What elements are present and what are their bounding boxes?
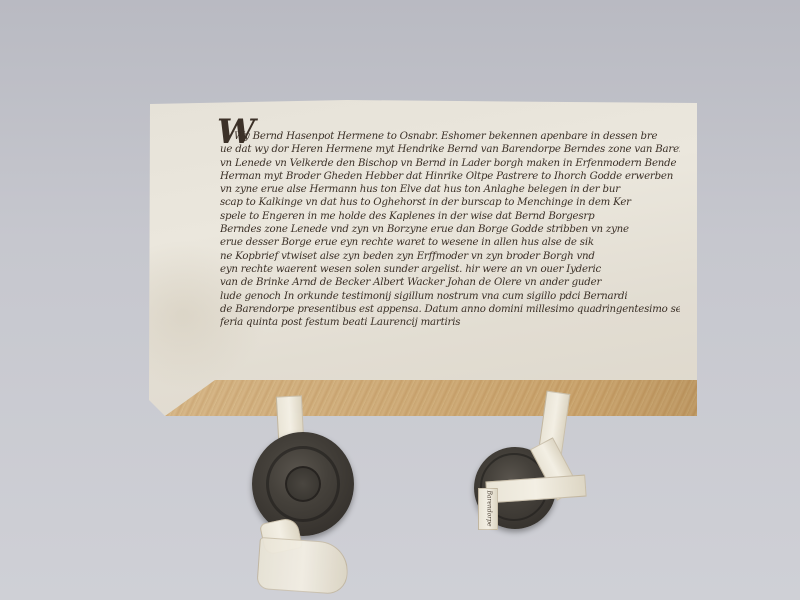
text-line: van de Brinke Arnd de Becker Albert Wack… bbox=[220, 276, 680, 289]
text-line: de Barendorpe presentibus est appensa. D… bbox=[220, 303, 680, 316]
text-line: erue desser Borge erue eyn rechte waret … bbox=[220, 236, 680, 249]
text-line: lude genoch In orkunde testimonij sigill… bbox=[220, 290, 680, 303]
text-line: feria quinta post festum beati Laurencij… bbox=[220, 316, 680, 329]
parchment-fold-plica bbox=[147, 380, 697, 416]
tag-inscription: Barendorpe bbox=[485, 491, 492, 527]
text-line: vn zyne erue alse Hermann hus ton Elve d… bbox=[220, 183, 680, 196]
text-line: ue dat wy dor Heren Hermene myt Hendrike… bbox=[220, 143, 680, 156]
charter-text: Wy Bernd Hasenpot Hermene to Osnabr. Esh… bbox=[220, 130, 680, 329]
left-seal-tag-end bbox=[256, 537, 349, 595]
text-line: ne Kopbrief vtwiset alse zyn beden zyn E… bbox=[220, 250, 680, 263]
text-line: spele to Engeren in me holde des Kaplene… bbox=[220, 210, 680, 223]
text-line: scap to Kalkinge vn dat hus to Oghehorst… bbox=[220, 196, 680, 209]
right-seal-tag-vertical: Barendorpe bbox=[478, 488, 498, 530]
seal-emblem bbox=[285, 466, 321, 502]
parchment-charter: W Wy Bernd Hasenpot Hermene to Osnabr. E… bbox=[147, 100, 697, 416]
text-line: Herman myt Broder Gheden Hebber dat Hinr… bbox=[220, 170, 680, 183]
text-line: Wy Bernd Hasenpot Hermene to Osnabr. Esh… bbox=[220, 130, 680, 143]
text-line: eyn rechte waerent wesen solen sunder ar… bbox=[220, 263, 680, 276]
text-line: Berndes zone Lenede vnd zyn vn Borzyne e… bbox=[220, 223, 680, 236]
text-line: vn Lenede vn Velkerde den Bischop vn Ber… bbox=[220, 157, 680, 170]
photo-stage: W Wy Bernd Hasenpot Hermene to Osnabr. E… bbox=[0, 0, 800, 600]
left-wax-seal bbox=[252, 432, 354, 536]
